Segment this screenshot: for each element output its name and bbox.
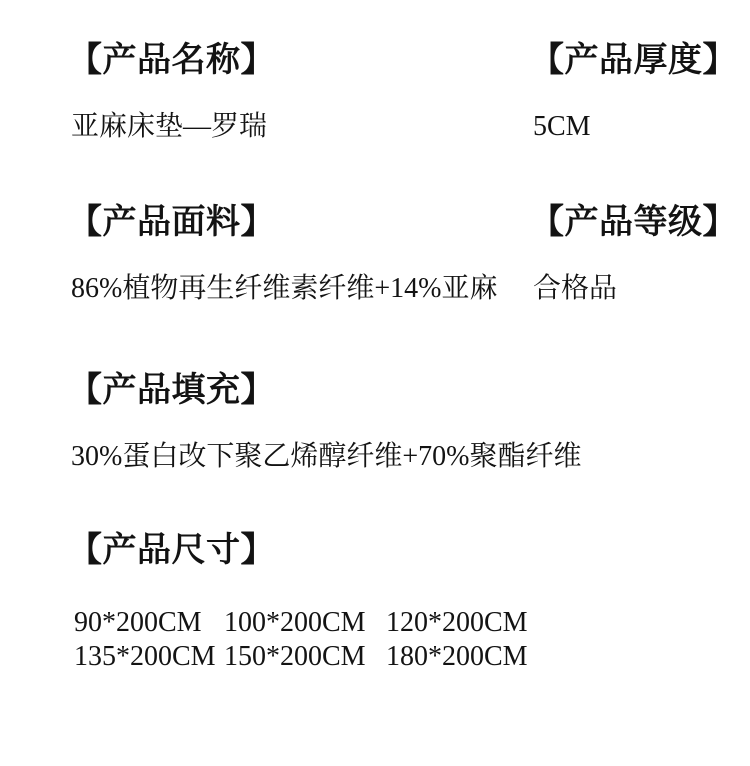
size-option: 135*200CM [74, 642, 224, 672]
product-filling-value: 30%蛋白改下聚乙烯醇纤维+70%聚酯纤维 [71, 442, 530, 472]
row-fabric-grade: 【产品面料】 86%植物再生纤维素纤维+14%亚麻 【产品等级】 合格品 [68, 204, 750, 304]
row-sizes: 【产品尺寸】 90*200CM 100*200CM 120*200CM 135*… [68, 532, 750, 672]
section-product-thickness: 【产品厚度】 5CM [530, 42, 750, 142]
product-fabric-label: 【产品面料】 [68, 204, 530, 242]
section-product-name: 【产品名称】 亚麻床垫—罗瑞 [68, 42, 530, 142]
product-grade-label: 【产品等级】 [530, 204, 750, 242]
product-filling-label: 【产品填充】 [68, 372, 530, 410]
product-name-label: 【产品名称】 [68, 42, 530, 80]
product-spec-sheet: 【产品名称】 亚麻床垫—罗瑞 【产品厚度】 5CM 【产品面料】 86%植物再生… [0, 0, 750, 766]
product-name-value: 亚麻床垫—罗瑞 [71, 112, 530, 142]
product-sizes-list: 90*200CM 100*200CM 120*200CM 135*200CM 1… [74, 608, 530, 672]
size-option: 180*200CM [386, 642, 530, 672]
section-product-filling: 【产品填充】 30%蛋白改下聚乙烯醇纤维+70%聚酯纤维 [68, 372, 530, 472]
row-filling: 【产品填充】 30%蛋白改下聚乙烯醇纤维+70%聚酯纤维 [68, 372, 750, 472]
product-thickness-label: 【产品厚度】 [530, 42, 750, 80]
row-name-thickness: 【产品名称】 亚麻床垫—罗瑞 【产品厚度】 5CM [68, 42, 750, 142]
size-option: 120*200CM [386, 608, 530, 638]
spec-content: 【产品名称】 亚麻床垫—罗瑞 【产品厚度】 5CM 【产品面料】 86%植物再生… [0, 0, 750, 672]
product-fabric-value: 86%植物再生纤维素纤维+14%亚麻 [71, 274, 530, 304]
section-product-grade: 【产品等级】 合格品 [530, 204, 750, 304]
product-sizes-label: 【产品尺寸】 [68, 532, 530, 570]
size-option: 100*200CM [224, 608, 386, 638]
size-option: 90*200CM [74, 608, 224, 638]
size-option: 150*200CM [224, 642, 386, 672]
product-thickness-value: 5CM [533, 112, 750, 142]
section-product-fabric: 【产品面料】 86%植物再生纤维素纤维+14%亚麻 [68, 204, 530, 304]
section-product-sizes: 【产品尺寸】 90*200CM 100*200CM 120*200CM 135*… [68, 532, 530, 672]
product-grade-value: 合格品 [533, 274, 750, 304]
